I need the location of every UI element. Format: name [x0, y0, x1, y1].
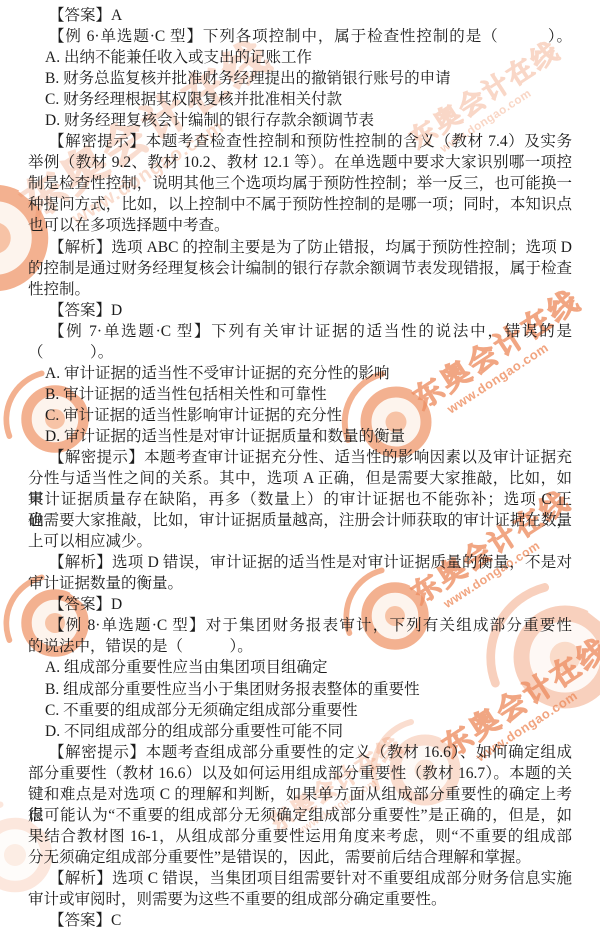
- text-line: A. 组成部分重要性应当由集团项目组确定: [28, 657, 572, 678]
- text-line: 【解密提示】本题考查检查性控制和预防性控制的含义（教材 7.4）及实务: [28, 131, 572, 152]
- text-line: 也需要大家推敲，比如，审计证据质量越高，注册会计师获取的审计证据在数量: [28, 510, 572, 531]
- text-line: 审计证据数量的衡量。: [28, 573, 572, 594]
- text-line: 【例 8·单选题·C 型】对于集团财务报表审计，下列有关组成部分重要性: [28, 615, 572, 636]
- text-line: A. 审计证据的适当性不受审计证据的充分性的影响: [28, 363, 572, 384]
- text-line: 【答案】D: [28, 300, 572, 321]
- text-line: 键和难点是对选项 C 的理解和判断，如果单方面从组成部分重要性的确定上考虑，: [28, 784, 572, 805]
- text-line: 部分重要性（教材 16.6）以及如何运用组成部分重要性（教材 16.7）。本题的…: [28, 763, 572, 784]
- text-line: 很可能认为“不重要的组成部分无须确定组成部分重要性”是正确的，但是，如: [28, 805, 572, 826]
- text-line: 【例 6·单选题·C 型】下列各项控制中，属于检查性控制的是（ ）。: [28, 26, 572, 47]
- text-line: D. 财务经理复核会计编制的银行存款余额调节表: [28, 110, 572, 131]
- text-line: 【答案】A: [28, 5, 572, 26]
- text-line: 种提问方式，比如，以上控制中不属于预防性控制的是哪一项；同时，本知识点: [28, 194, 572, 215]
- text-line: 【解密提示】本题考查审计证据充分性、适当性的影响因素以及审计证据充: [28, 447, 572, 468]
- text-line: 【答案】C: [28, 910, 572, 931]
- text-line: 上可以相应减少。: [28, 531, 572, 552]
- text-line: 分无须确定组成部分重要性”是错误的，因此，需要前后结合理解和掌握。: [28, 847, 572, 868]
- text-line: A. 出纳不能兼任收入或支出的记账工作: [28, 47, 572, 68]
- text-line: 【解析】选项 C 错误，当集团项目组需要针对不重要组成部分财务信息实施: [28, 868, 572, 889]
- text-line: C. 不重要的组成部分无须确定组成部分重要性: [28, 700, 572, 721]
- text-line: 【答案】D: [28, 594, 572, 615]
- text-line: 审计或审阅时，则需要为这些不重要的组成部分确定重要性。: [28, 889, 572, 910]
- text-line: 【解析】选项 ABC 的控制主要是为了防止错报，均属于预防性控制；选项 D: [28, 237, 572, 258]
- text-line: 举例（教材 9.2、教材 10.2、教材 12.1 等）。在单选题中要求大家识别…: [28, 152, 572, 173]
- text-line: 【例 7·单选题·C 型】下列有关审计证据的适当性的说法中，错误的是: [28, 321, 572, 342]
- text-line: D. 审计证据的适当性是对审计证据质量和数量的衡量: [28, 426, 572, 447]
- text-line: 果结合教材图 16-1，从组成部分重要性运用角度来考虑，则“不重要的组成部: [28, 826, 572, 847]
- text-line: 也可以在多项选择题中考查。: [28, 215, 572, 236]
- text-line: C. 财务经理根据其权限复核并批准相关付款: [28, 89, 572, 110]
- text-line: D. 不同组成部分的组成部分重要性可能不同: [28, 721, 572, 742]
- text-line: 审计证据质量存在缺陷，再多（数量上）的审计证据也不能弥补；选项 C 正确，: [28, 489, 572, 510]
- text-line: 性控制。: [28, 279, 572, 300]
- text-line: 【解析】选项 D 错误，审计证据的适当性是对审计证据质量的衡量，不是对: [28, 552, 572, 573]
- text-line: C. 审计证据的适当性影响审计证据的充分性: [28, 405, 572, 426]
- text-line: B. 审计证据的适当性包括相关性和可靠性: [28, 384, 572, 405]
- document-page: 东奥会计在线www.dongao.com东奥会计在线www.dongao.com…: [0, 0, 600, 931]
- text-line: B. 财务总监复核并批准财务经理提出的撤销银行账号的申请: [28, 68, 572, 89]
- text-line: 分性与适当性之间的关系。其中，选项 A 正确，但是需要大家推敲，比如，如果: [28, 468, 572, 489]
- text-line: B. 组成部分重要性应当小于集团财务报表整体的重要性: [28, 679, 572, 700]
- document-content: 【答案】A【例 6·单选题·C 型】下列各项控制中，属于检查性控制的是（ ）。A…: [28, 5, 572, 931]
- text-line: （ ）。: [28, 342, 572, 363]
- text-line: 的说法中，错误的是（ ）。: [28, 636, 572, 657]
- text-line: 【解密提示】本题考查组成部分重要性的定义（教材 16.6）、如何确定组成: [28, 742, 572, 763]
- text-line: 的控制是通过财务经理复核会计编制的银行存款余额调节表发现错报，属于检查: [28, 258, 572, 279]
- text-line: 制是检查性控制，说明其他三个选项均属于预防性控制；举一反三，也可能换一: [28, 173, 572, 194]
